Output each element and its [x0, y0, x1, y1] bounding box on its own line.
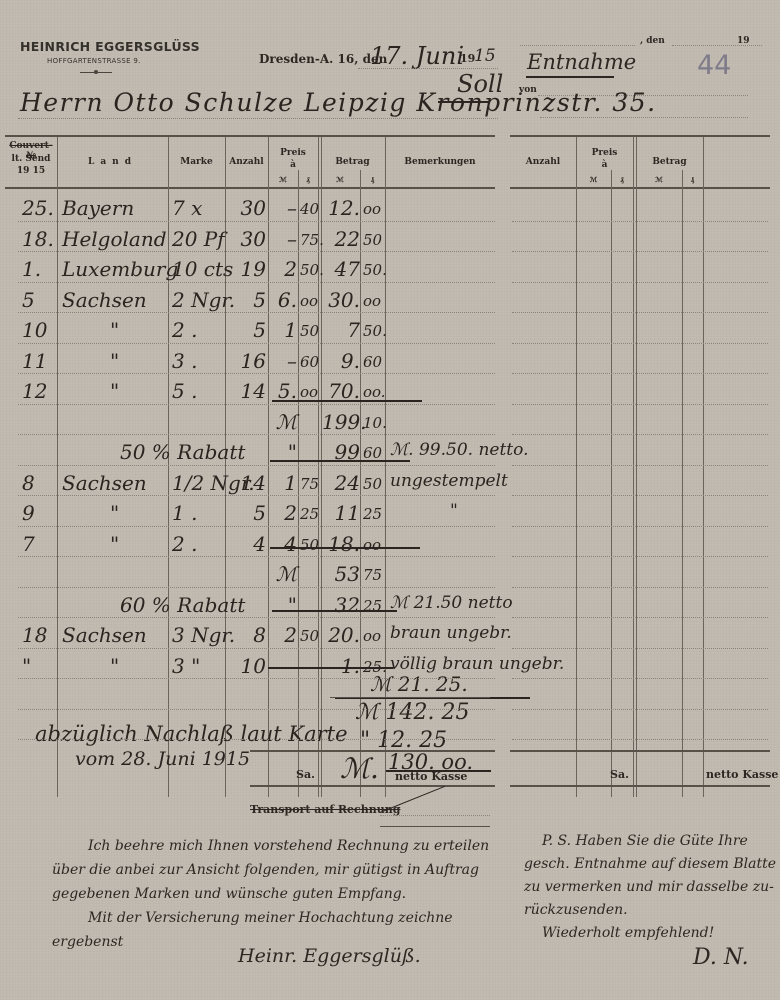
cell-betrag-m: 7 — [322, 318, 360, 342]
right-totals-line — [510, 750, 770, 752]
right-ruled-line — [512, 465, 768, 466]
right-ruled-line — [512, 648, 768, 649]
cell-preis-m: 2 — [270, 501, 297, 525]
cell-anzahl: 8 — [228, 623, 266, 647]
transport-label: Transport auf Rechnung — [250, 803, 400, 816]
cell-nr: 9 — [22, 501, 56, 525]
cell-nr: 10 — [22, 318, 56, 342]
cell-land: " — [110, 532, 130, 556]
right-col-line-betrag-split — [682, 170, 683, 797]
cell-marke: 2 . — [172, 318, 226, 342]
ruled-line — [18, 526, 495, 527]
header-anzahl: Anzahl — [225, 157, 268, 167]
cell-betrag-m: 30. — [322, 288, 360, 312]
right-ruled-line — [512, 221, 768, 222]
right-header-betrag-pf: ₰ — [682, 175, 703, 184]
ruled-line — [18, 404, 495, 405]
ornament-dot — [94, 70, 98, 74]
cell-betrag-pf: 60 — [363, 353, 385, 371]
cell-preis-pf: 50 — [300, 322, 318, 340]
postscript-line: P. S. Haben Sie die Güte Ihre — [542, 833, 748, 849]
ruled-line — [18, 373, 495, 374]
cell-preis-m: 1 — [270, 318, 297, 342]
invoice-sheet: HEINRICH EGGERSGLÜSS HOFFGARTENSTRASSE 9… — [0, 0, 780, 1000]
ruled-line — [18, 465, 495, 466]
right-header-preis-pf: ₰ — [611, 175, 633, 184]
cell-anzahl: 19 — [228, 257, 266, 281]
cell-marke: 1 . — [172, 501, 226, 525]
cell-preis-m: – — [270, 227, 297, 251]
letter-line: Mit der Versicherung meiner Hochachtung … — [88, 910, 453, 926]
cell-betrag-m: 22 — [322, 227, 360, 251]
cell-nr: 18 — [22, 623, 56, 647]
cell-betrag-pf: oo — [363, 200, 385, 218]
netto-kasse-label: netto Kasse — [395, 770, 467, 783]
pencil-number: 44 — [697, 50, 731, 81]
subtotal-note: ℳ 21. 25. — [370, 672, 468, 696]
ruled-line — [18, 556, 495, 557]
postscript-line: gesch. Entnahme auf diesem Blatte — [524, 856, 776, 872]
right-table-top-border — [510, 135, 770, 137]
cell-betrag-pf: 50. — [363, 261, 385, 279]
table-top-border — [5, 135, 495, 137]
deduction-label: abzüglich Nachlaß laut Karte — [35, 722, 348, 746]
cell-anzahl: 16 — [228, 349, 266, 373]
cell-preis-m: ℳ — [270, 562, 297, 586]
cell-anzahl: 10 — [228, 654, 266, 678]
cell-betrag-pf: oo — [363, 292, 385, 310]
col-line-preis-split — [298, 170, 299, 797]
postscript-initials: D. N. — [693, 945, 749, 970]
deduction-date: vom 28. Juni 1915 — [75, 748, 250, 770]
cell-betrag-m: 18. — [322, 532, 360, 556]
header-preis: Preis — [268, 148, 318, 158]
right-header-preis-a: à — [576, 160, 633, 170]
right-ruled-line — [512, 312, 768, 313]
sa-label: Sa. — [296, 768, 315, 781]
transport-bottom-line — [380, 826, 490, 827]
ruled-line — [18, 648, 495, 649]
header-marke: Marke — [168, 157, 225, 167]
header-betrag-mark: ℳ — [320, 175, 360, 184]
header-preis-mark: ℳ — [268, 175, 298, 184]
cell-bemerkung: völlig braun ungebr. — [390, 654, 550, 674]
cell-anzahl: 30 — [228, 227, 266, 251]
right-ruled-line — [512, 282, 768, 283]
cell-land: " — [110, 379, 130, 403]
net-symbol: ℳ. — [340, 752, 379, 785]
cell-betrag-pf: oo — [363, 627, 385, 645]
right-header-betrag: Betrag — [636, 157, 703, 167]
header-preis-pf: ₰ — [298, 175, 318, 184]
letter-line: ergebenst — [52, 934, 123, 950]
cell-bemerkung: ℳ 21.50 netto — [390, 593, 550, 613]
cell-betrag-m: 32 — [322, 593, 360, 617]
cell-preis-pf: 50 — [300, 627, 318, 645]
right-ruled-line — [512, 526, 768, 527]
cell-betrag-m: 53 — [322, 562, 360, 586]
right-ruled-line — [512, 739, 768, 740]
right-netto-kasse-label: netto Kasse — [706, 768, 778, 781]
ruled-line — [18, 312, 495, 313]
cell-betrag-pf: oo — [363, 536, 385, 554]
header-betrag-pf: ₰ — [360, 175, 385, 184]
cell-preis-pf: 40 — [300, 200, 318, 218]
right-col-line-betrag — [703, 137, 704, 797]
von-line-2 — [540, 117, 748, 118]
right-ruled-line — [512, 556, 768, 557]
cell-marke: 3 . — [172, 349, 226, 373]
right-table-header-bottom — [510, 187, 770, 189]
postscript-line: zu vermerken und mir dasselbe zu- — [524, 879, 774, 895]
cell-anzahl: 14 — [228, 471, 266, 495]
cell-betrag-pf: 25 — [363, 597, 385, 615]
ruled-line — [18, 221, 495, 222]
sum-underline-1 — [272, 400, 422, 402]
cell-anzahl: 30 — [228, 196, 266, 220]
postscript-line: Wiederholt empfehlend! — [542, 925, 714, 941]
gross-total: ℳ 142. 25 — [355, 700, 470, 725]
ruled-line — [18, 251, 495, 252]
postscript-line: rückzusenden. — [524, 902, 628, 918]
signature: Heinr. Eggersglüß. — [238, 945, 421, 967]
cell-nr: 5 — [22, 288, 56, 312]
recipient: Herrn Otto Schulze Leipzig Kronprinzstr.… — [20, 88, 657, 117]
cell-preis-m: 2 — [270, 623, 297, 647]
place-date-label: Dresden-A. 16, den — [259, 52, 387, 66]
table-header-bottom — [5, 187, 495, 189]
cell-nr: " — [22, 654, 56, 678]
right-ruled-line — [512, 678, 768, 679]
right-ruled-line — [512, 587, 768, 588]
recipient-line — [18, 118, 498, 119]
cell-preis-pf: 50 — [300, 536, 318, 554]
cell-preis-pf: oo — [300, 292, 318, 310]
cell-land: " — [110, 501, 130, 525]
cell-betrag-pf: 25 — [363, 505, 385, 523]
cell-preis-m: 2 — [270, 257, 297, 281]
company-name: HEINRICH EGGERSGLÜSS — [20, 39, 200, 54]
ruled-line — [18, 739, 495, 740]
sum-underline-2 — [270, 547, 420, 549]
cell-preis-m: – — [270, 196, 297, 220]
letter-line: über die anbei zur Ansicht folgenden, mi… — [52, 862, 479, 878]
entnahme-den-label: , den — [640, 36, 665, 46]
col-line-nr — [57, 137, 58, 797]
cell-betrag-pf: 50. — [363, 322, 385, 340]
cell-marke: 1/2 Ngr. — [172, 471, 226, 495]
cell-preis-m: 1 — [270, 471, 297, 495]
sum-underline-3 — [268, 667, 393, 669]
cell-land: " — [110, 654, 130, 678]
cell-betrag-pf: 50 — [363, 475, 385, 493]
right-ruled-line — [512, 495, 768, 496]
totals-bottom-line — [250, 785, 495, 787]
cell-preis-m: 6. — [270, 288, 297, 312]
cell-anzahl: 14 — [228, 379, 266, 403]
right-header-preis: Preis — [576, 148, 633, 158]
cell-preis-pf: 25 — [300, 505, 318, 523]
rabatt-underline-1 — [270, 460, 410, 462]
cell-betrag-pf: oo. — [363, 383, 385, 401]
header-lt-send: lt. Send — [5, 154, 57, 164]
right-ruled-line — [512, 343, 768, 344]
transport-strike — [380, 786, 445, 813]
company-address: HOFFGARTENSTRASSE 9. — [47, 57, 141, 65]
cell-betrag-m: 11 — [322, 501, 360, 525]
ruled-line — [18, 434, 495, 435]
cell-betrag-m: 1. — [322, 654, 360, 678]
right-totals-bottom-line — [510, 785, 770, 787]
cell-marke: 2 Ngr. — [172, 288, 226, 312]
cell-preis-pf: oo — [300, 383, 318, 401]
cell-marke: 2 . — [172, 532, 226, 556]
ruled-line — [18, 282, 495, 283]
cell-preis-m: " — [270, 593, 297, 617]
cell-marke: 3 Ngr. — [172, 623, 226, 647]
header-bemerkungen: Bemerkungen — [385, 157, 495, 167]
cell-anzahl: 5 — [228, 288, 266, 312]
cell-nr: 8 — [22, 471, 56, 495]
header-land: Land — [57, 157, 168, 167]
cell-preis-m: ℳ — [270, 410, 297, 434]
ruled-line — [18, 709, 495, 710]
letter-line: Ich beehre mich Ihnen vorstehend Rechnun… — [88, 838, 489, 854]
header-preis-a: à — [268, 160, 318, 170]
ruled-line — [18, 495, 495, 496]
cell-land: 50 % Rabatt — [120, 440, 270, 464]
cell-preis-m: – — [270, 349, 297, 373]
right-ruled-line — [512, 617, 768, 618]
cell-anzahl: 5 — [228, 318, 266, 342]
right-ruled-line — [512, 404, 768, 405]
cell-bemerkung: ungestempelt — [390, 471, 550, 491]
cell-betrag-pf: 50 — [363, 231, 385, 249]
cell-land: " — [110, 349, 130, 373]
cell-marke: 5 . — [172, 379, 226, 403]
cell-betrag-pf: 10. — [363, 414, 385, 432]
cell-preis-pf: 60 — [300, 353, 318, 371]
right-ruled-line — [512, 709, 768, 710]
header-betrag: Betrag — [320, 157, 385, 167]
cell-anzahl: 5 — [228, 501, 266, 525]
entnahme-date-line — [520, 45, 635, 46]
col-line-anzahl — [268, 137, 269, 797]
rabatt-underline-2 — [272, 610, 397, 612]
right-ruled-line — [512, 373, 768, 374]
ruled-line — [18, 678, 495, 679]
right-ruled-line — [512, 434, 768, 435]
cell-marke: 7 x — [172, 196, 226, 220]
entnahme-underline — [526, 76, 614, 78]
cell-betrag-m: 12. — [322, 196, 360, 220]
cell-anzahl: 4 — [228, 532, 266, 556]
cell-marke: 3 " — [172, 654, 226, 678]
right-header-betrag-mark: ℳ — [636, 175, 682, 184]
cell-betrag-m: 24 — [322, 471, 360, 495]
cell-bemerkung: braun ungebr. — [390, 623, 550, 643]
cell-preis-pf: 75. — [300, 231, 318, 249]
cell-nr: 11 — [22, 349, 56, 373]
right-ruled-line — [512, 251, 768, 252]
cell-preis-pf: 50. — [300, 261, 318, 279]
totals-top-line — [330, 697, 490, 698]
cell-marke: 20 Pf — [172, 227, 226, 251]
cell-preis-pf: 75 — [300, 475, 318, 493]
entnahme-year-label: 19 — [737, 36, 750, 46]
right-header-anzahl: Anzahl — [510, 157, 576, 167]
ruled-line — [18, 587, 495, 588]
transport-line — [380, 815, 490, 816]
cell-nr: 18. — [22, 227, 56, 251]
date-dotted-line — [358, 68, 498, 69]
ruled-line — [18, 343, 495, 344]
invoice-date: 17. Juni — [370, 42, 464, 70]
entnahme-title: Entnahme — [527, 50, 636, 74]
cell-betrag-m: 199. — [322, 410, 360, 434]
cell-bemerkung: " — [450, 501, 610, 521]
cell-betrag-m: 20. — [322, 623, 360, 647]
right-col-line-preis-split — [611, 170, 612, 797]
ruled-line — [18, 617, 495, 618]
cell-betrag-m: 47 — [322, 257, 360, 281]
right-header-preis-mark: ℳ — [576, 175, 611, 184]
cell-bemerkung: ℳ. 99.50. netto. — [390, 440, 550, 460]
cell-marke: 10 cts — [172, 257, 226, 281]
cell-land: " — [110, 318, 130, 342]
right-col-line-preis — [633, 137, 637, 797]
header-year: 19 15 — [5, 166, 57, 176]
year-handwritten: 15 — [474, 46, 496, 66]
letter-line: gegebenen Marken und wünsche guten Empfa… — [52, 886, 406, 902]
right-sa-label: Sa. — [610, 768, 629, 781]
cell-nr: 25. — [22, 196, 56, 220]
cell-land: 60 % Rabatt — [120, 593, 270, 617]
cell-betrag-pf: 75 — [363, 566, 385, 584]
cell-betrag-m: 9. — [322, 349, 360, 373]
cell-nr: 7 — [22, 532, 56, 556]
cell-nr: 12 — [22, 379, 56, 403]
cell-nr: 1. — [22, 257, 56, 281]
right-col-line-anzahl — [576, 137, 577, 797]
cell-preis-m: 4 — [270, 532, 297, 556]
